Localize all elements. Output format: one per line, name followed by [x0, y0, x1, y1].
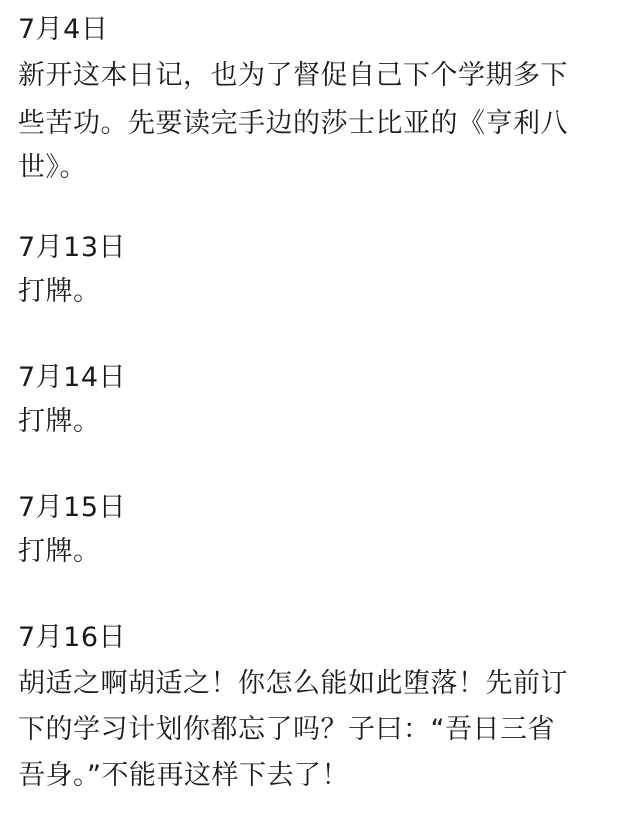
entry-text: 吾身。”不能再这样下去了！	[18, 754, 349, 798]
entry-date: 7月16日	[18, 616, 126, 660]
entry-text: 打牌。	[18, 530, 101, 574]
entry-text: 打牌。	[18, 270, 101, 314]
entry-date: 7月15日	[18, 486, 126, 530]
entry-text: 新开这本日记，也为了督促自己下个学期多下	[18, 54, 568, 98]
entry-date: 7月4日	[18, 8, 108, 52]
entry-date: 7月14日	[18, 356, 126, 400]
entry-text: 下的学习计划你都忘了吗？子曰：“吾日三省	[18, 708, 555, 752]
entry-date: 7月13日	[18, 226, 126, 270]
entry-text: 些苦功。先要读完手边的莎士比亚的《亨利八	[18, 102, 568, 146]
entry-text: 世》。	[18, 146, 87, 190]
entry-text: 胡适之啊胡适之！你怎么能如此堕落！先前订	[18, 662, 568, 706]
entry-text: 打牌。	[18, 400, 101, 444]
